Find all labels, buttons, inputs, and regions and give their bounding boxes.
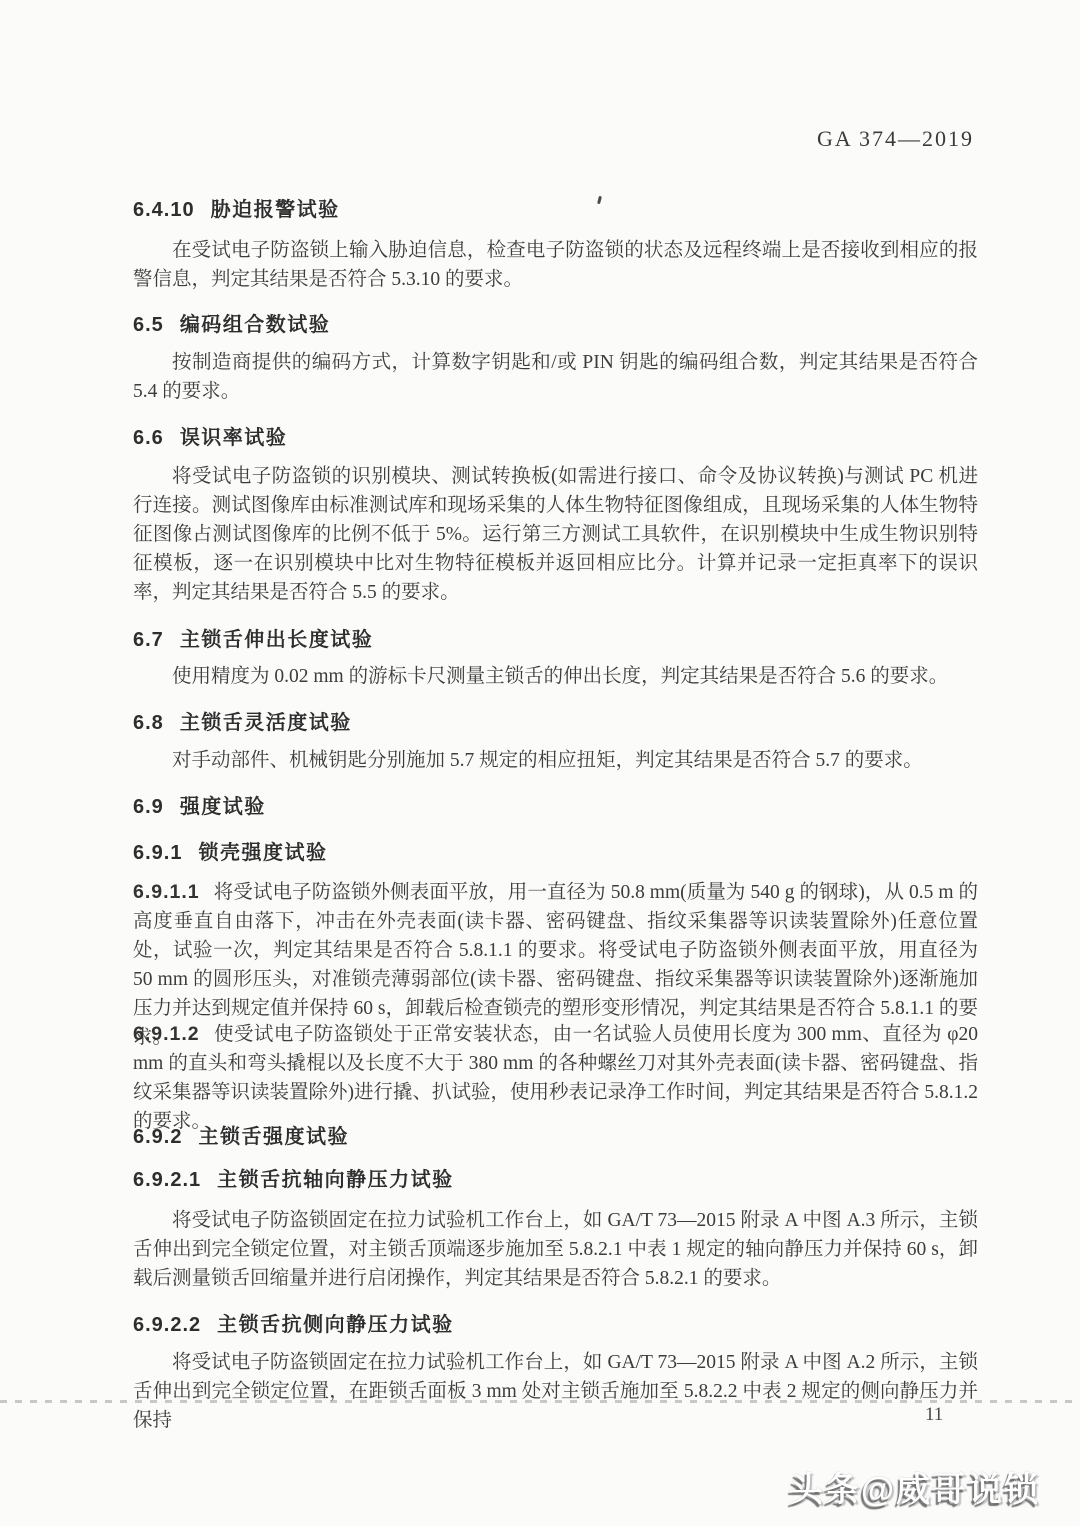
toutiao-watermark: 头条@威哥说锁 — [789, 1462, 1040, 1511]
scanned-standard-page: GA 374—2019 6.4.10胁迫报警试验 在受试电子防盗锁上输入胁迫信息… — [0, 0, 1080, 1526]
numbered-paragraph-6-9-1-2: 6.9.1.2使受试电子防盗锁处于正常安装状态，由一名试验人员使用长度为 300… — [133, 1020, 978, 1136]
page-number: 11 — [925, 1404, 943, 1426]
body-paragraph: 在受试电子防盗锁上输入胁迫信息，检查电子防盗锁的状态及远程终端上是否接收到相应的… — [133, 236, 978, 294]
standard-number-header: GA 374—2019 — [817, 126, 974, 152]
clause-heading-6-7: 6.7主锁舌伸出长度试验 — [133, 623, 978, 652]
clause-number: 6.9.1.1 — [133, 881, 200, 903]
clause-heading-6-9-2-1: 6.9.2.1主锁舌抗轴向静压力试验 — [133, 1163, 978, 1192]
clause-title: 锁壳强度试验 — [198, 842, 327, 864]
clause-title: 编码组合数试验 — [180, 314, 331, 336]
clause-heading-6-5: 6.5编码组合数试验 — [133, 308, 978, 337]
clause-number: 6.9.2.1 — [133, 1169, 201, 1192]
clause-heading-6-9-2-2: 6.9.2.2主锁舌抗侧向静压力试验 — [133, 1308, 978, 1337]
clause-number: 6.4.10 — [133, 199, 195, 222]
clause-number: 6.9.1 — [133, 842, 182, 865]
clause-heading-6-9-2: 6.9.2主锁舌强度试验 — [133, 1120, 978, 1149]
clause-title: 强度试验 — [180, 796, 266, 818]
clause-title: 误识率试验 — [180, 427, 288, 449]
body-paragraph: 按制造商提供的编码方式，计算数字钥匙和/或 PIN 钥匙的编码组合数，判定其结果… — [133, 348, 978, 406]
clause-number: 6.9.2.2 — [133, 1314, 201, 1337]
body-paragraph: 使用精度为 0.02 mm 的游标卡尺测量主锁舌的伸出长度，判定其结果是否符合 … — [133, 662, 978, 691]
clause-heading-6-8: 6.8主锁舌灵活度试验 — [133, 706, 978, 735]
clause-title: 胁迫报警试验 — [211, 199, 340, 221]
clause-heading-6-4-10: 6.4.10胁迫报警试验 — [133, 193, 978, 222]
clause-title: 主锁舌抗侧向静压力试验 — [217, 1314, 454, 1336]
clause-title: 主锁舌伸出长度试验 — [180, 629, 374, 651]
clause-heading-6-9: 6.9强度试验 — [133, 790, 978, 819]
clause-heading-6-9-1: 6.9.1锁壳强度试验 — [133, 836, 978, 865]
clause-number: 6.9.1.2 — [133, 1023, 200, 1045]
clause-number: 6.7 — [133, 629, 164, 652]
body-paragraph: 将受试电子防盗锁固定在拉力试验机工作台上，如 GA/T 73—2015 附录 A… — [133, 1206, 978, 1293]
clause-title: 主锁舌抗轴向静压力试验 — [217, 1169, 454, 1191]
clause-number: 6.5 — [133, 314, 164, 337]
clause-heading-6-6: 6.6误识率试验 — [133, 421, 978, 450]
clause-number: 6.9.2 — [133, 1126, 182, 1149]
paragraph-text: 使受试电子防盗锁处于正常安装状态，由一名试验人员使用长度为 300 mm、直径为… — [133, 1024, 978, 1132]
scan-artifact-line — [0, 1400, 1080, 1403]
clause-number: 6.8 — [133, 712, 164, 735]
clause-number: 6.6 — [133, 427, 164, 450]
body-paragraph: 对手动部件、机械钥匙分别施加 5.7 规定的相应扭矩，判定其结果是否符合 5.7… — [133, 746, 978, 775]
clause-number: 6.9 — [133, 796, 164, 819]
clause-title: 主锁舌灵活度试验 — [180, 712, 352, 734]
clause-title: 主锁舌强度试验 — [198, 1126, 349, 1148]
body-paragraph: 将受试电子防盗锁的识别模块、测试转换板(如需进行接口、命令及协议转换)与测试 P… — [133, 462, 978, 607]
body-paragraph: 将受试电子防盗锁固定在拉力试验机工作台上，如 GA/T 73—2015 附录 A… — [133, 1348, 978, 1435]
